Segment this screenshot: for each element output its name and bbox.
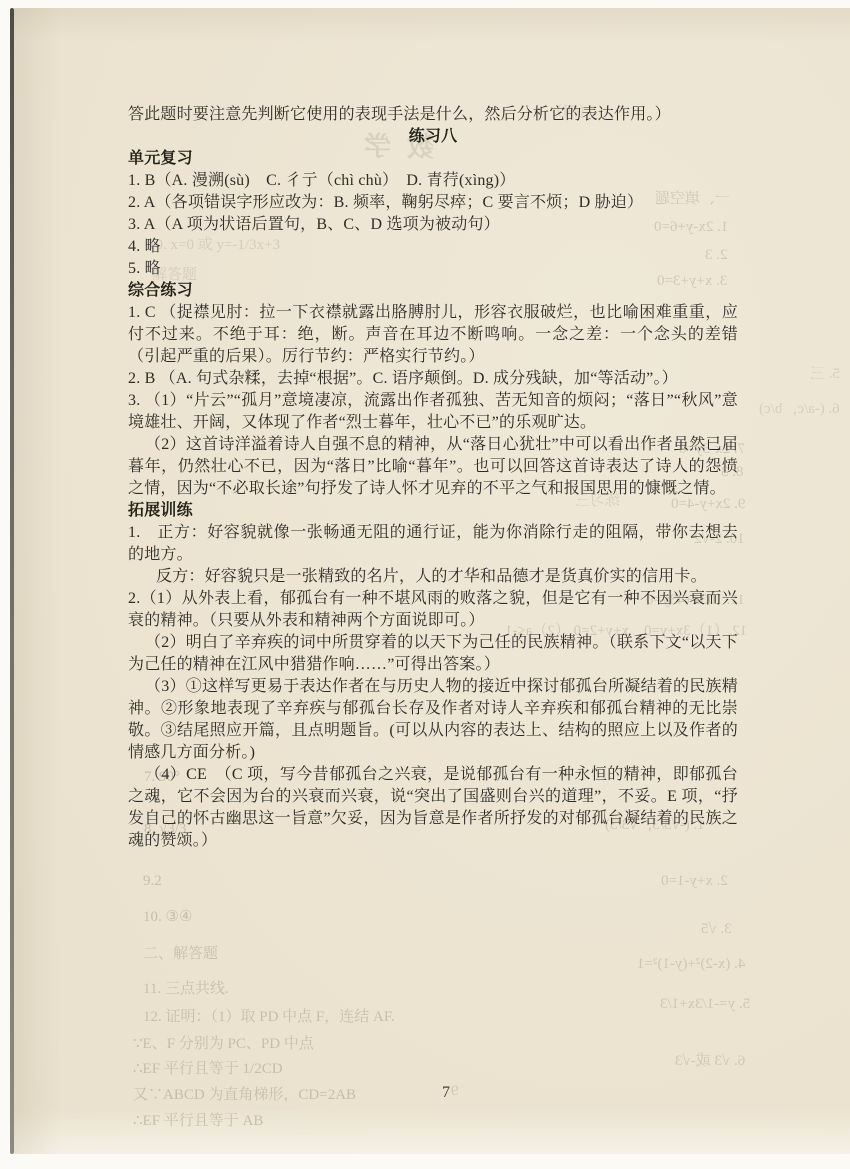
ghost-text: 6. √3 或-√3 [675,1052,745,1070]
answer-item: （4）CE （C 项，写今昔郁孤台之兴衰，是说郁孤台有一种永恒的精神，即郁孤台之… [128,764,738,852]
answer-item: 3. A（A 项为状语后置句，B、C、D 选项为被动句） [128,214,738,236]
answer-item: （2）这首诗洋溢着诗人自强不息的精神，从“落日心犹壮”中可以看出作者虽然已届暮年… [128,434,738,500]
answer-item: 2.（1）从外表上看，郁孤台有一种不堪风雨的败落之貌，但是它有一种不因兴衰而兴衰… [128,588,738,632]
answer-item: 2. B （A. 句式杂糅，去掉“根据”。C. 语序颠倒。D. 成分残缺，加“等… [128,368,738,390]
answer-item: 1. B（A. 漫溯(sù) C. 彳亍（chì chù） D. 青荇(xìng… [128,170,738,192]
ghost-text: 11. 三点共线. [143,980,229,998]
ghost-text: 5. 三 [810,365,840,383]
intro-line: 答此题时要注意先判断它使用的表现手法是什么，然后分析它的表达作用。） [128,104,738,126]
section-title-unit-review: 单元复习 [128,148,738,170]
ghost-text: 二、解答题 [143,945,218,963]
ghost-text: 6. (-a/c，b/c) [759,400,840,418]
ghost-text: 10. ③④ [143,908,192,926]
ghost-text: 3. √5 [701,920,732,938]
ghost-text: 12. 证明：（1）取 PD 中点 F，连结 AF. [143,1008,395,1026]
ghost-text: 2. x+y-1=0 [661,872,728,890]
answer-item: 3. （1）“片云”“孤月”意境凄凉，流露出作者孤独、苦无知音的烦闷；“落日”“… [128,390,738,434]
answer-key-body: 答此题时要注意先判断它使用的表现手法是什么，然后分析它的表达作用。） 练习八 单… [128,104,738,852]
section-title-extension: 拓展训练 [128,500,738,522]
ghost-text: ∴EF 平行且等于 AB [133,1112,263,1130]
section-title-comprehensive: 综合练习 [128,280,738,302]
answer-item: 4. 略 [128,236,738,258]
ghost-text: 又∵ABCD 为直角梯形，CD=2AB [133,1086,356,1104]
ghost-text: 5. y=-1/3x+1/3 [660,995,750,1013]
page-number: 7 [421,1084,471,1102]
ghost-text: ∵E、F 分别为 PC、PD 中点 [133,1035,314,1053]
answer-item: （2）明白了辛弃疾的词中所贯穿着的以天下为己任的民族精神。（联系下文“以天下为己… [128,632,738,676]
ghost-text: 9.2 [143,872,162,890]
answer-item: 反方：好容貌只是一张精致的名片，人的才华和品德才是货真价实的信用卡。 [128,566,738,588]
answer-item: （3）①这样写更易于表达作者在与历史人物的接近中探讨郁孤台所凝结着的民族精神。②… [128,676,738,764]
ghost-text: ∴EF 平行且等于 1/2CD [133,1060,283,1078]
answer-item: 5. 略 [128,258,738,280]
answer-item: 1. 正方：好容貌就像一张畅通无阻的通行证，能为你消除行走的阻隔，带你去想去的地… [128,522,738,566]
scanned-page: （四） 数学 一、填空题 1. 2x-y+6=0 2. 3 3. x+y+3=0… [14,8,850,1154]
answer-item: 2. A（各项错误字形应改为：B. 频率，鞠躬尽瘁；C 要言不烦；D 胁迫） [128,192,738,214]
ghost-text: 4. (x-2)²+(y-1)²=1 [637,955,745,973]
exercise-title: 练习八 [128,126,738,148]
answer-item: 1. C （捉襟见肘：拉一下衣襟就露出胳膊肘儿，形容衣服破烂，也比喻困难重重，应… [128,302,738,368]
